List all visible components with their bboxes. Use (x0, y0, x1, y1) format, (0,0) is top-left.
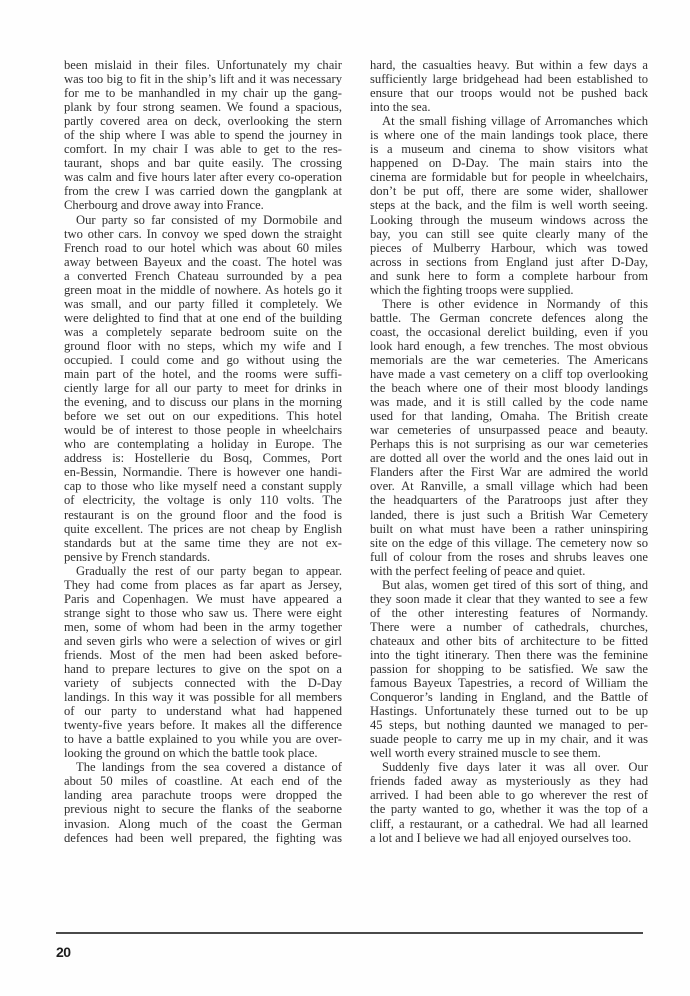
text-line: twenty-five years before. It makes all t… (64, 718, 342, 732)
text-line: quite excellent. The prices are not chea… (64, 522, 342, 536)
text-line: cinema are formidable but for people in … (370, 170, 648, 184)
text-line: strange sight to those who saw us. There… (64, 606, 342, 620)
document-page: been mislaid in their files. Unfortunate… (0, 0, 690, 996)
text-line: landings. In this way it was possible fo… (64, 690, 342, 704)
text-line: pensive by French standards. (64, 550, 342, 564)
text-line: was calm and five hours later after ever… (64, 170, 342, 184)
text-line: hard, the casualties heavy. But within a… (370, 58, 648, 72)
footer-rule (56, 932, 643, 934)
text-line: and seven girls who were a selection of … (64, 634, 342, 648)
text-line: invasion. Along much of the coast the Ge… (64, 817, 342, 831)
text-line: address is: Hostellerie du Bosq, Commes,… (64, 451, 342, 465)
paragraph: There is other evidence in Normandy of t… (370, 297, 648, 578)
text-line: would be of interest to those people in … (64, 423, 342, 437)
text-line: There is other evidence in Normandy of t… (370, 297, 648, 311)
text-line: Our party so far consisted of my Dormobi… (64, 213, 342, 227)
text-line: At the small fishing village of Arromanc… (370, 114, 648, 128)
text-line: was small, and our party filled it compl… (64, 297, 342, 311)
text-line: well worth every strained muscle to see … (370, 746, 648, 760)
text-line: was a completely separate bedroom suite … (64, 325, 342, 339)
text-line: of the other interesting features of Nor… (370, 606, 648, 620)
text-line: happened on D-Day. The main stairs into … (370, 156, 648, 170)
text-line: two other cars. In convoy we sped down t… (64, 227, 342, 241)
text-line: Suddenly five days later it was all over… (370, 760, 648, 774)
text-line: green moat in the middle of nowhere. As … (64, 283, 342, 297)
text-line: about 50 miles of coastline. At each end… (64, 774, 342, 788)
text-line: of our party to understand what had happ… (64, 704, 342, 718)
text-line: of electricity, the voltage is only 110 … (64, 493, 342, 507)
text-line: landing area parachute troops were dropp… (64, 788, 342, 802)
text-line: defences had been well prepared, the fig… (64, 831, 342, 845)
text-line: friends faded away as mysteriously as th… (370, 774, 648, 788)
text-line: restaurant is on the ground floor and th… (64, 508, 342, 522)
text-line: site on the edge of this village. The ce… (370, 536, 648, 550)
text-line: Hastings. Unfortunately these turned out… (370, 704, 648, 718)
text-line: have made a vast cemetery on a cliff top… (370, 367, 648, 381)
text-line: is a museum and cinema to show visitors … (370, 142, 648, 156)
text-line: into the tight itinerary. Then there was… (370, 648, 648, 662)
paragraph: been mislaid in their files. Unfortunate… (64, 58, 342, 213)
text-line: pieces of Mulberry Harbour, which was to… (370, 241, 648, 255)
text-line: comfort. In my chair I was able to get t… (64, 142, 342, 156)
text-line: The landings from the sea covered a dist… (64, 760, 342, 774)
text-line: passion for shopping to be satisfied. We… (370, 662, 648, 676)
text-line: bay, you can still see quite clearly man… (370, 227, 648, 241)
text-line: Looking through the museum windows acros… (370, 213, 648, 227)
text-line: partly covered area on deck, overlooking… (64, 114, 342, 128)
page-number: 20 (56, 944, 71, 960)
text-line: look hard enough, a few trenches. The mo… (370, 339, 648, 353)
text-line: the evening, and to discuss our plans in… (64, 395, 342, 409)
text-line: Paris and Copenhagen. We must have appea… (64, 592, 342, 606)
text-line: Flanders after the First War are admired… (370, 465, 648, 479)
text-line: looking the ground on which the battle t… (64, 746, 342, 760)
paragraph: Our party so far consisted of my Dormobi… (64, 213, 342, 564)
text-line: over. At Ranville, a small village which… (370, 479, 648, 493)
text-line: main part of the hotel, and the rooms we… (64, 367, 342, 381)
text-line: of the ship where I was able to spend th… (64, 128, 342, 142)
right-text-column: hard, the casualties heavy. But within a… (370, 58, 648, 845)
text-line: steps at the back, and the film is well … (370, 198, 648, 212)
paragraph: Suddenly five days later it was all over… (370, 760, 648, 844)
text-line: occupied. I could come and go without us… (64, 353, 342, 367)
text-line: before we set out on our expeditions. Th… (64, 409, 342, 423)
text-line: which the fighting troops were supplied. (370, 283, 648, 297)
paragraph: But alas, women get tired of this sort o… (370, 578, 648, 761)
text-line: Conqueror’s landing in England, and the … (370, 690, 648, 704)
text-line: ground floor with no steps, which my wif… (64, 339, 342, 353)
text-line: away between Bayeux and the coast. The h… (64, 255, 342, 269)
text-line: plank by four strong seamen. We found a … (64, 100, 342, 114)
text-line: cliff, a restaurant, or a cathedral. We … (370, 817, 648, 831)
text-line: previous night to secure the flanks of t… (64, 802, 342, 816)
paragraph: Gradually the rest of our party began to… (64, 564, 342, 761)
text-line: they soon made it clear that they wanted… (370, 592, 648, 606)
text-line: arrived. I had been able to go wherever … (370, 788, 648, 802)
text-line: sufficiently large bridgehead had been e… (370, 72, 648, 86)
left-text-column: been mislaid in their files. Unfortunate… (64, 58, 342, 845)
text-line: used for that landing, Omaha. The Britis… (370, 409, 648, 423)
text-line: were delighted to find that at one end o… (64, 311, 342, 325)
paragraph: The landings from the sea covered a dist… (64, 760, 342, 844)
text-line: war cemeteries of unsurpassed peace and … (370, 423, 648, 437)
text-line: to have a battle explained to you while … (64, 732, 342, 746)
text-line: the headquarters of the Paratroops just … (370, 493, 648, 507)
text-line: for me to be manhandled in my chair up t… (64, 86, 342, 100)
text-line: full of colour from the roses and shrubs… (370, 550, 648, 564)
text-line: coast, the occasional derelict building,… (370, 325, 648, 339)
text-line: from the crew I was carried down the gan… (64, 184, 342, 198)
text-line: was too big to fit in the ship’s lift an… (64, 72, 342, 86)
text-line: French road to our hotel which was about… (64, 241, 342, 255)
text-line: Cherbourg and drove away into France. (64, 198, 342, 212)
text-line: ciently large for all our party to meet … (64, 381, 342, 395)
text-line: with the perfect feeling of peace and qu… (370, 564, 648, 578)
text-line: a converted French Chateau surrounded by… (64, 269, 342, 283)
text-line: variety of subjects connected with the D… (64, 676, 342, 690)
text-line: men, some of whom had been in the army t… (64, 620, 342, 634)
text-line: cap to those who like myself need a cons… (64, 479, 342, 493)
text-line: suade people to carry me up in my chair,… (370, 732, 648, 746)
text-line: 45 steps, but nothing daunted we managed… (370, 718, 648, 732)
text-line: and sunk here to form a complete harbour… (370, 269, 648, 283)
text-line: hand to prepare lectures to give on the … (64, 662, 342, 676)
text-line: memorials are the war cemeteries. The Am… (370, 353, 648, 367)
text-line: don’t be put off, there are some wider, … (370, 184, 648, 198)
text-line: battle. The German concrete defences alo… (370, 311, 648, 325)
text-line: chateaux and other bits of architecture … (370, 634, 648, 648)
text-line: Gradually the rest of our party began to… (64, 564, 342, 578)
text-line: built on what must have been a rather un… (370, 522, 648, 536)
text-line: been mislaid in their files. Unfortunate… (64, 58, 342, 72)
text-line: taurant, shops and bar quite easily. The… (64, 156, 342, 170)
text-line: across in sections from England just aft… (370, 255, 648, 269)
text-line: There were a number of cathedrals, churc… (370, 620, 648, 634)
text-line: famous Bayeux Tapestries, a record of Wi… (370, 676, 648, 690)
text-line: into the sea. (370, 100, 648, 114)
text-line: a lot and I believe we had all enjoyed o… (370, 831, 648, 845)
text-line: They had come from places as far apart a… (64, 578, 342, 592)
text-line: landed, there is just such a British War… (370, 508, 648, 522)
text-line: ensure that our troops would not be push… (370, 86, 648, 100)
text-line: en-Bessin, Normandie. There is however o… (64, 465, 342, 479)
text-line: is where one of the main landings took p… (370, 128, 648, 142)
text-line: Perhaps this is not surprising as our wa… (370, 437, 648, 451)
text-line: the party wanted to go, whether it was t… (370, 802, 648, 816)
text-line: But alas, women get tired of this sort o… (370, 578, 648, 592)
paragraph: hard, the casualties heavy. But within a… (370, 58, 648, 114)
text-line: standards but at the same time they are … (64, 536, 342, 550)
text-line: who are contemplating a holiday in Europ… (64, 437, 342, 451)
text-line: are dotted all over the world and the on… (370, 451, 648, 465)
paragraph: At the small fishing village of Arromanc… (370, 114, 648, 297)
text-line: was made, and it is still called by the … (370, 395, 648, 409)
text-line: friends. Most of the men had been asked … (64, 648, 342, 662)
text-line: the beach where one of their most bloody… (370, 381, 648, 395)
